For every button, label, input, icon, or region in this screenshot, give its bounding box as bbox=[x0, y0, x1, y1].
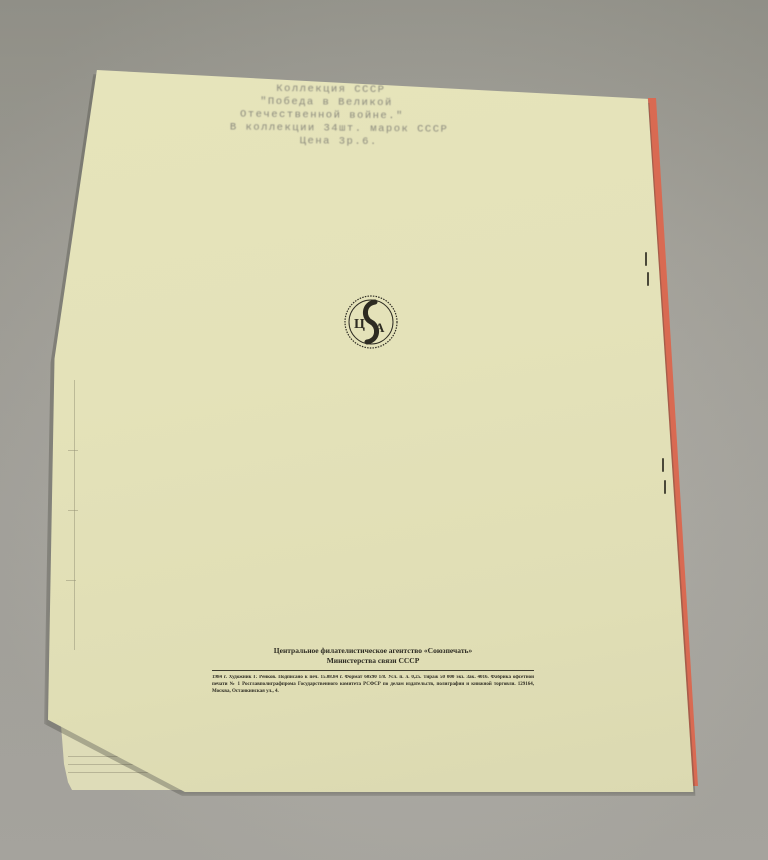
typewritten-label: Коллекция СССР "Победа в Великой Отечест… bbox=[230, 82, 521, 150]
ministry-name: Министерства связи СССР bbox=[212, 656, 534, 666]
left-edge-crease bbox=[74, 380, 75, 650]
imprint-divider bbox=[212, 670, 534, 671]
left-edge-notch bbox=[66, 580, 76, 581]
publisher-imprint: Центральное филателистическое агентство … bbox=[212, 646, 534, 695]
svg-text:Ц: Ц bbox=[354, 317, 365, 332]
staple-mark bbox=[647, 272, 649, 286]
svg-text:А: А bbox=[375, 320, 385, 335]
staple-mark bbox=[645, 252, 647, 266]
agency-name: Центральное филателистическое агентство … bbox=[212, 646, 534, 656]
staple-mark bbox=[662, 458, 664, 472]
cfa-emblem-icon: Ц А bbox=[341, 292, 401, 352]
colophon-text: 1984 г. Художник Г. Ренков. Подписано к … bbox=[212, 674, 534, 695]
left-edge-notch bbox=[68, 450, 78, 451]
staple-mark bbox=[664, 480, 666, 494]
left-edge-notch bbox=[68, 510, 78, 511]
